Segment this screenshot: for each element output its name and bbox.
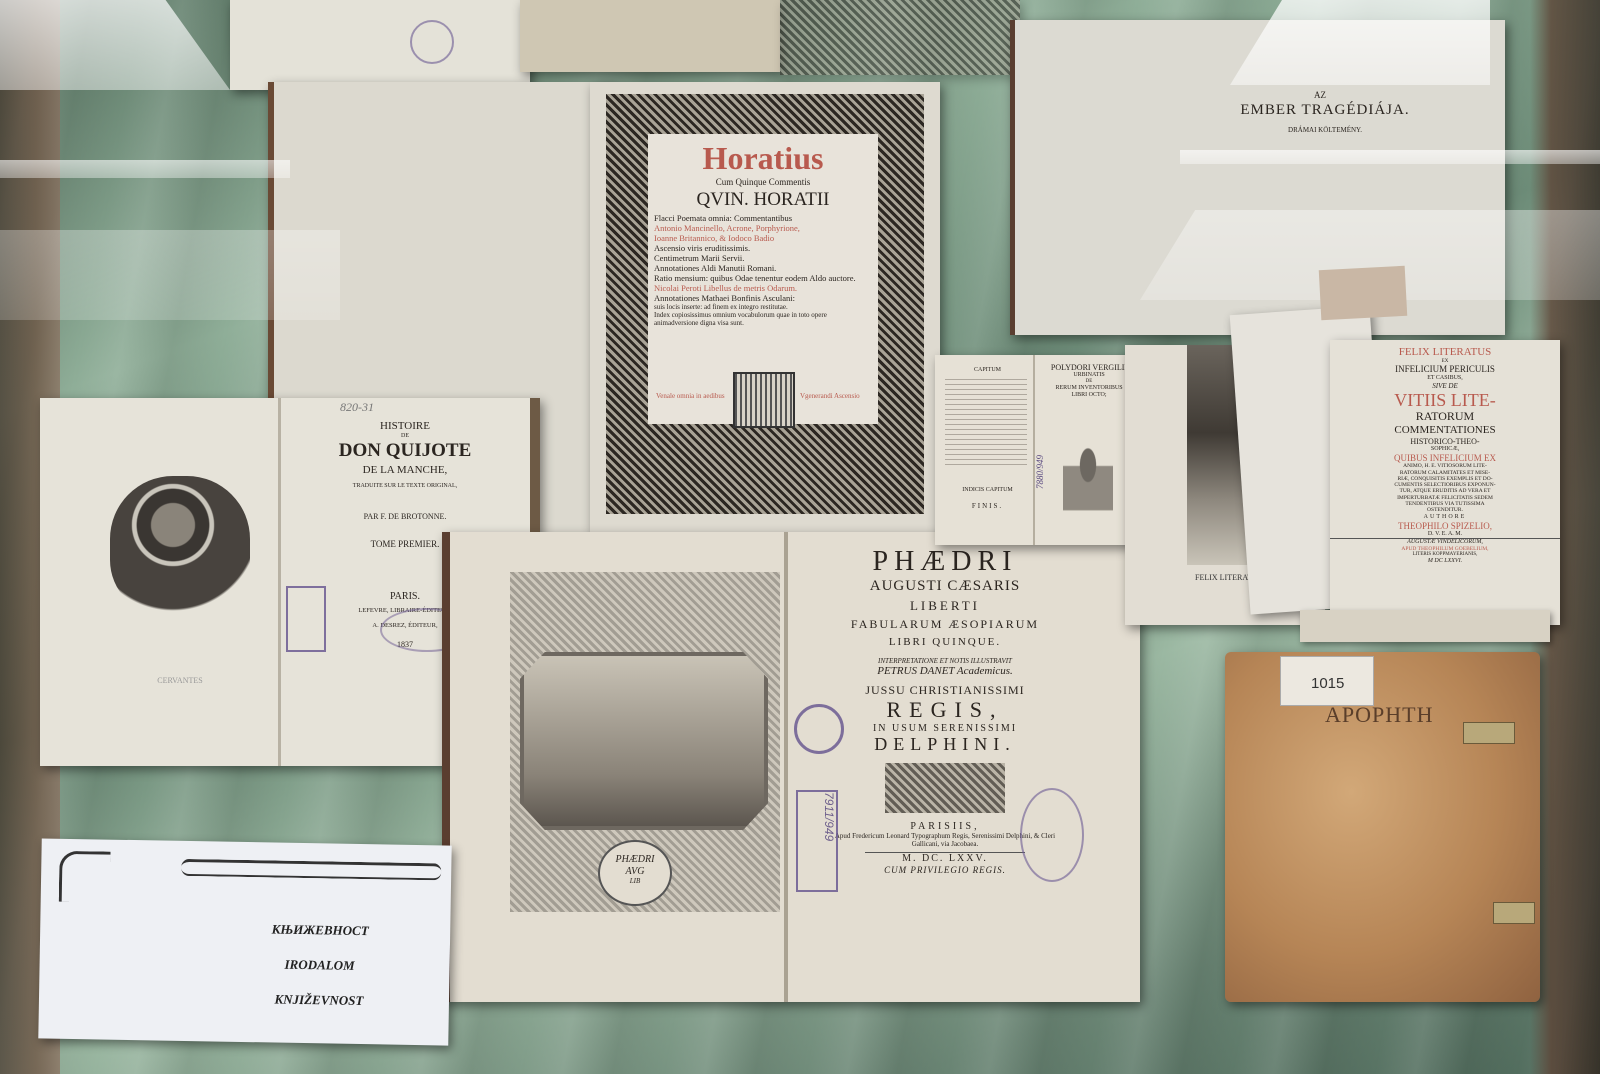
polydori-book: CAPITUM INDICIS CAPITUM FINIS. POLYDORI …: [935, 355, 1145, 545]
horatius-line: Ascensio viris eruditissimis.: [654, 243, 872, 253]
phaedri-frontispiece-scene: [520, 652, 768, 830]
horatius-bottom-right: Vgenerandi Ascensio: [800, 392, 870, 400]
horatius-line: Index copiosissimus omnium vocabulorum q…: [654, 311, 872, 327]
top-engraving: [780, 0, 1020, 75]
clasp-bottom: [1493, 902, 1535, 924]
sign-corner-ornament: [59, 851, 111, 903]
felix-line: M DC LXXVI.: [1330, 558, 1560, 565]
frontispiece-caption: FELIX LITERAT: [1195, 573, 1252, 582]
ember-title: EMBER TRAGÉDIÁJA.: [1225, 102, 1425, 119]
glass-reflection: [0, 160, 290, 178]
felix-book-block-edge: [1300, 610, 1550, 642]
library-stamp-round: [794, 704, 844, 754]
phaedri-line: INTERPRETATIONE ET NOTIS ILLUSTRAVIT: [795, 657, 1095, 665]
felix-line: VITIIS LITE-: [1330, 390, 1560, 411]
felix-line: RATORUM: [1330, 410, 1560, 424]
phaedri-line: PETRUS DANET Academicus.: [795, 665, 1095, 678]
polydori-woodcut-figure: [1063, 443, 1113, 517]
phaedri-line: FABULARUM ÆSOPIARUM: [795, 618, 1095, 632]
call-number: 7911/949: [822, 792, 836, 841]
phaedri-line: AUGUSTI CÆSARIS: [795, 578, 1095, 595]
author-line: PAR F. DE BROTONNE.: [290, 512, 520, 521]
polydori-left-footer1: INDICIS CAPITUM: [945, 487, 1030, 494]
title-line: DE: [290, 433, 520, 440]
ember-line1: AZ: [1245, 90, 1395, 100]
horatius-bottom-left: Venale omnia in aedibus: [656, 392, 726, 400]
felix-line: AUTHORE: [1330, 514, 1560, 521]
polydori-call-number: 7880/949: [1035, 455, 1045, 489]
printer-device-emblem: [885, 763, 1005, 813]
portrait-caption: CERVANTES: [120, 676, 240, 685]
exhibit-sign: КЊИЖЕВНОСТ IRODALOM KNJIŽEVNOST: [38, 838, 451, 1045]
cervantes-portrait: [110, 476, 250, 616]
don-quijote-shelfmark: 820-31: [340, 400, 374, 415]
clasp-top: [1463, 722, 1515, 744]
title-sub: DE LA MANCHE,: [290, 464, 520, 477]
title-main: DON QUIJOTE: [290, 440, 520, 462]
phaedri-title: PHÆDRI: [795, 546, 1095, 578]
horatius-line: Annotationes Aldi Manutii Romani.: [654, 263, 872, 273]
title-line: HISTOIRE: [290, 420, 520, 433]
phaedri-year: M. DC. LXXV.: [865, 852, 1025, 865]
horatius-printer-device: [733, 372, 795, 428]
polydori-left-heading: CAPITUM: [945, 367, 1030, 374]
library-stamp-oval: [1020, 788, 1084, 882]
glass-reflection: [0, 230, 340, 320]
felix-line: SIVE DE: [1330, 382, 1560, 390]
felix-line: ET CASIBUS,: [1330, 375, 1560, 382]
felix-line: COMMENTATIONES: [1330, 424, 1560, 437]
sign-line-latin: KNJIŽEVNOST: [219, 992, 419, 1010]
horatius-line: suis locis inserte: ad finem ex integro …: [654, 303, 872, 311]
horatius-title: Horatius: [648, 140, 878, 177]
phaedri-book: PHÆDRI AVG LIB PHÆDRI AUGUSTI CÆSARIS LI…: [442, 532, 1140, 1002]
felix-line: SOPHICÆ,: [1330, 446, 1560, 453]
top-left-book: [230, 0, 530, 90]
horatius-line: Flacci Poemata omnia: Commentantibus: [654, 213, 872, 223]
glass-reflection: [1180, 150, 1600, 164]
sign-line-cyrillic: КЊИЖЕВНОСТ: [220, 922, 420, 940]
felix-line: INFELICIUM PERICULIS: [1330, 364, 1560, 374]
horatius-main: QVIN. HORATII: [648, 189, 878, 211]
felix-line: AUGUSTÆ VINDELICORUM,: [1330, 538, 1560, 546]
paper-slip-label: [1319, 266, 1407, 320]
phaedri-line: LIBERTI: [795, 599, 1095, 614]
horatius-lines: Flacci Poemata omnia: Commentantibus Ant…: [648, 213, 878, 327]
felix-literatus-book: FELIX LITERATUS EX INFELICIUM PERICULIS …: [1330, 340, 1560, 625]
horatius-text-panel: Horatius Cum Quinque Commentis QVIN. HOR…: [648, 134, 878, 424]
apophth-library-label: 1015: [1280, 656, 1374, 706]
gutter: [278, 398, 281, 766]
label-number: 1015: [1311, 675, 1344, 692]
apophth-leather-book: 1015 APOPHTH: [1225, 652, 1540, 1002]
felix-line: FELIX LITERATUS: [1330, 346, 1560, 359]
polydori-left-footer2: FINIS.: [945, 502, 1030, 510]
horatius-line: Annotationes Mathaei Bonfinis Asculani:: [654, 293, 872, 303]
phaedri-line: LIBRI QUINQUE.: [795, 636, 1095, 649]
top-center-book: [520, 0, 780, 72]
horatius-line: Nicolai Peroti Libellus de metris Odarum…: [654, 283, 872, 293]
horatius-line: Antonio Mancinello, Acrone, Porphyrione,: [654, 223, 872, 233]
horatius-subtitle: Cum Quinque Commentis: [648, 177, 878, 187]
cartouche-line: PHÆDRI: [600, 854, 670, 866]
sign-line-hungarian: IRODALOM: [219, 957, 419, 975]
felix-line: HISTORICO-THEO-: [1330, 437, 1560, 446]
gutter: [784, 532, 788, 1002]
horatius-line: Centimetrum Marii Servii.: [654, 253, 872, 263]
phaedri-line: JUSSU CHRISTIANISSIMI: [795, 684, 1095, 698]
polydori-index-text: [945, 379, 1027, 469]
cartouche-line: LIB: [600, 877, 670, 885]
felix-line: QUIBUS INFELICIUM EX: [1330, 453, 1560, 463]
ember-subtitle: DRÁMAI KÖLTEMÉNY.: [1255, 126, 1395, 134]
horatius-line: Ratio mensium: quibus Odae tenentur eode…: [654, 273, 872, 283]
horatius-line: Ioanne Britannico, & Iodoco Badio: [654, 233, 872, 243]
library-call-number-stamp: [286, 586, 326, 652]
felix-line: D. V. E. A. M.: [1330, 531, 1560, 538]
apophth-spine-title: APOPHTH: [1325, 702, 1433, 728]
phaedri-call-number-stamp: 7911/949: [796, 790, 838, 892]
top-left-stamp: [410, 20, 454, 64]
phaedri-cartouche: PHÆDRI AVG LIB: [598, 840, 672, 906]
horatius-title-page: Horatius Cum Quinque Commentis QVIN. HOR…: [590, 82, 940, 532]
felix-title-page: FELIX LITERATUS EX INFELICIUM PERICULIS …: [1330, 346, 1560, 565]
sign-top-ornament: [181, 859, 441, 881]
translation-line: TRADUITE SUR LE TEXTE ORIGINAL,: [290, 483, 520, 490]
cartouche-line: AVG: [600, 866, 670, 878]
felix-line: THEOPHILO SPIZELIO,: [1330, 521, 1560, 531]
